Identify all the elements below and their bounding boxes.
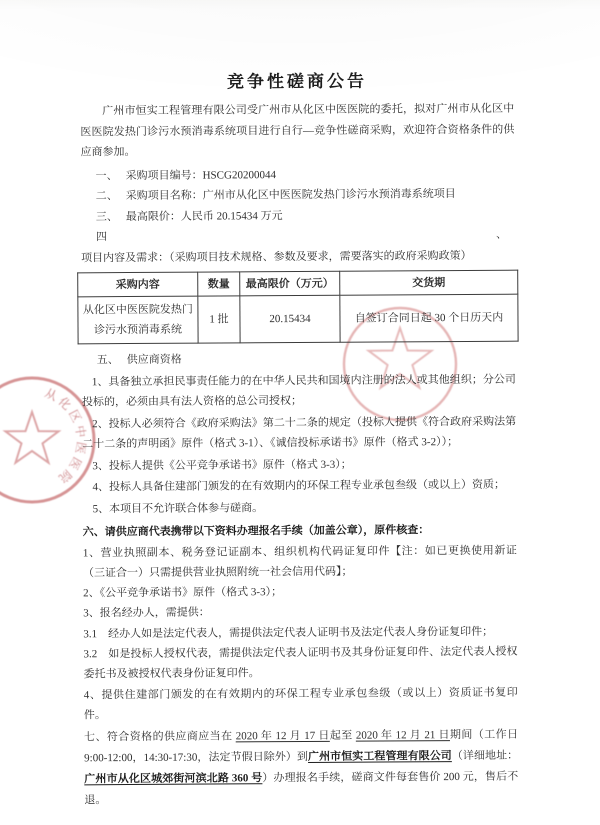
agency-address: 广州市从化区城郊街河滨北路 360 号 <box>84 772 262 785</box>
registration-material-item: 1、营业执照副本、税务登记证副本、组织机构代码证复印件【注：如已更换使用新证（三… <box>83 540 517 583</box>
cell-delivery: 自签订合同日起 30 个日历天内 <box>340 294 518 342</box>
item-ordinal: 三、 <box>96 211 118 223</box>
cell-content: 从化区中医医院发热门诊污水预消毒系统 <box>78 296 198 344</box>
item-text: 采购项目编号：HSCG20200044 <box>126 169 276 182</box>
registration-material-item: 3、报名经办人，需提供： <box>83 601 517 624</box>
item-ordinal: 二、 <box>96 190 118 202</box>
cell-quantity: 1 批 <box>198 296 240 343</box>
scanned-document-page: 从化区中医医院 竞争性磋商公告 广州市恒实工程管理有限公司受广州市从化区中医医院… <box>0 0 600 825</box>
document-content: 竞争性磋商公告 广州市恒实工程管理有限公司受广州市从化区中医医院的委托，拟对广州… <box>80 0 519 811</box>
end-date: 2020 年 12 月 21 日 <box>356 729 450 742</box>
section-title: 供应商资格 <box>127 354 182 366</box>
table-header-row: 采购内容 数量 最高限价（万元） 交货期 <box>78 270 518 297</box>
item-project-demand: 四、项目内容及需求：（采购项目技术规格、参数及要求，需要落实的政府采购政策） <box>81 225 515 269</box>
text-segment: （详细地址： <box>452 750 518 762</box>
registration-material-item: 3.1 经办人如是法定代表人，需提供法定代表人证明书及法定代表人身份证复印件； <box>83 621 517 644</box>
document-title: 竞争性磋商公告 <box>80 69 514 96</box>
supplier-qualification-item: 2、投标人必须符合《政府采购法》第二十二条的规定（投标人提供《符合政府采购法第二… <box>82 411 516 455</box>
section7-registration-paragraph: 七、符合资格的供应商应当在 2020 年 12 月 17 日起至 2020 年 … <box>84 725 519 812</box>
section5-heading: 五、供应商资格 <box>82 348 516 371</box>
supplier-qualification-item: 1、具备独立承担民事责任能力的在中华人民共和国境内注册的法人或其他组织；分公司投… <box>82 369 516 413</box>
section6-heading: 六、请供应商代表携带以下资料办理报名手续（加盖公章），原件核查： <box>83 520 517 543</box>
item-project-number: 一、采购项目编号：HSCG20200044 <box>81 163 515 186</box>
registration-material-item: 2、《公平竞争承诺书》原件（格式 3-3）； <box>83 581 517 604</box>
header-price: 最高限价（万元） <box>240 271 340 296</box>
intro-paragraph: 广州市恒实工程管理有限公司受广州市从化区中医医院的委托，拟对广州市从化区中医医院… <box>80 99 514 163</box>
agency-company-name: 广州市恒实工程管理有限公司 <box>308 750 452 763</box>
item-price-limit: 三、最高限价：人民币 20.15434 万元 <box>81 204 515 227</box>
text-segment: 起至 <box>330 730 356 742</box>
project-summary-table: 采购内容 数量 最高限价（万元） 交货期 从化区中医医院发热门诊污水预消毒系统 … <box>77 270 518 345</box>
supplier-qualification-item: 3、投标人提供《公平竞争承诺书》原件（格式 3-3）； <box>82 453 516 476</box>
start-date: 2020 年 12 月 17 日 <box>236 730 330 743</box>
cell-price: 20.15434 <box>240 295 340 343</box>
item-text: 采购项目名称：广州市从化区中医医院发热门诊污水预消毒系统项目 <box>126 188 456 202</box>
text-segment: 七、符合资格的供应商应当在 <box>84 731 236 744</box>
item-project-name: 二、采购项目名称：广州市从化区中医医院发热门诊污水预消毒系统项目 <box>81 184 515 207</box>
seal-star-icon <box>5 412 58 463</box>
registration-material-item: 4、提供住建部门颁发的在有效期内的环保工程专业承包叁级（或以上）资质证书复印件。 <box>84 682 518 725</box>
header-delivery: 交货期 <box>340 270 518 295</box>
item-ordinal: 四、 <box>96 229 507 244</box>
registration-material-item: 3.2 如是投标人授权代表，需提供法定代表人证明书及其身份证复印件、法定代表人授… <box>83 642 517 685</box>
header-content: 采购内容 <box>78 272 198 297</box>
header-quantity: 数量 <box>198 272 240 296</box>
table-row: 从化区中医医院发热门诊污水预消毒系统 1 批 20.15434 自签订合同日起 … <box>78 294 518 344</box>
item-text: 最高限价：人民币 20.15434 万元 <box>126 210 283 223</box>
numbered-items: 一、采购项目编号：HSCG20200044 二、采购项目名称：广州市从化区中医医… <box>81 163 516 268</box>
supplier-qualification-item: 4、投标人具备住建部门颁发的在有效期内的环保工程专业承包叁级（或以上）资质； <box>82 475 516 498</box>
item-ordinal: 一、 <box>96 170 118 182</box>
supplier-qualification-item: 5、本项目不允许联合体参与磋商。 <box>83 496 517 519</box>
section-ordinal: 五、 <box>97 354 119 366</box>
item-text: 项目内容及需求：（采购项目技术规格、参数及要求，需要落实的政府采购政策） <box>81 249 472 263</box>
